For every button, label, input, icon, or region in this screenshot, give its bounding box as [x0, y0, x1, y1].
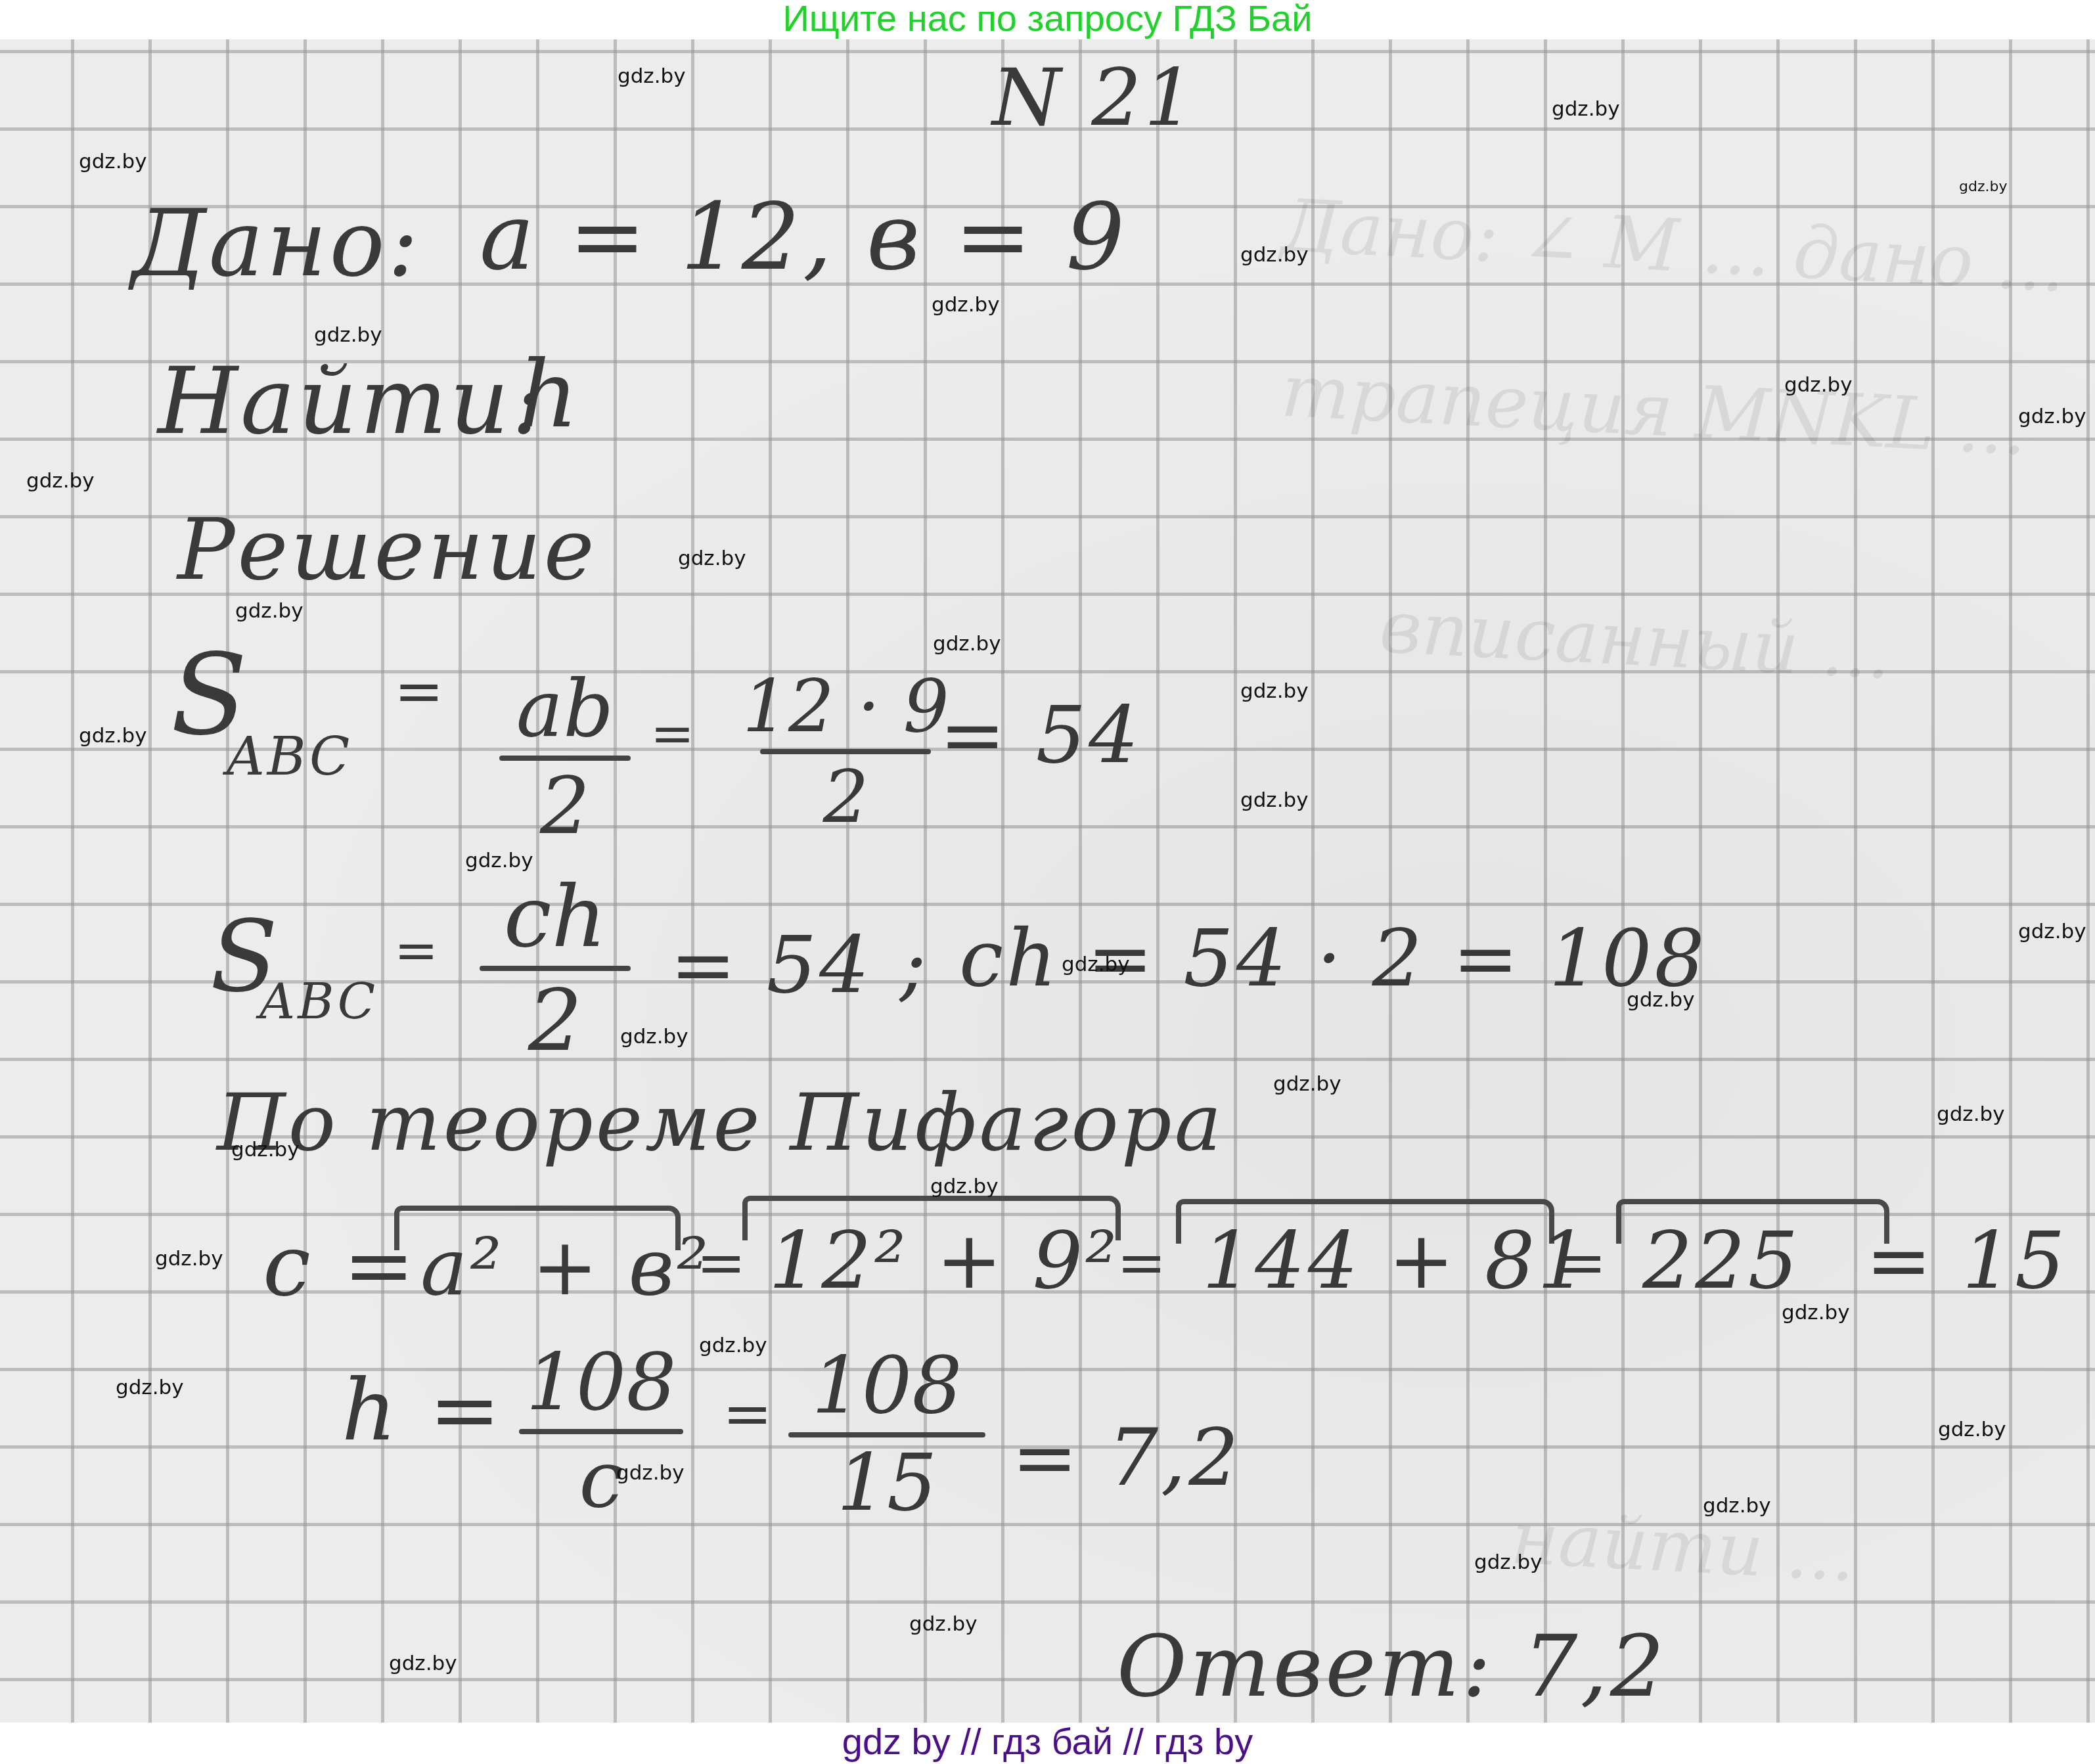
sqrt-radicand: a² + в²	[420, 1222, 711, 1313]
fraction-108-over-c: 108 c	[519, 1344, 683, 1520]
equals-sign: =	[723, 1380, 775, 1449]
sqrt-radicand: 12² + 9²	[769, 1215, 1119, 1307]
sqrt-radicand: 225	[1642, 1215, 1801, 1307]
watermark: gdz.by	[314, 323, 382, 347]
equals-sign: =	[1117, 1229, 1169, 1298]
watermark: gdz.by	[678, 547, 746, 570]
watermark: gdz.by	[1938, 1418, 2006, 1441]
pythagoras-lhs: c =	[263, 1215, 417, 1315]
watermark: gdz.by	[1937, 1102, 2005, 1126]
equals-sign: =	[394, 920, 441, 981]
fraction-bar	[760, 749, 931, 754]
watermark: gdz.by	[1474, 1550, 1543, 1574]
equals-sign: =	[696, 1229, 748, 1298]
height-result: = 7,2	[1012, 1413, 1242, 1504]
area-result: = 54	[939, 690, 1141, 781]
area-subscript: ABC	[227, 726, 352, 787]
watermark: gdz.by	[933, 632, 1001, 656]
equals-sign: =	[650, 703, 697, 764]
numerator: 108	[526, 1344, 676, 1422]
fraction-bar	[480, 966, 631, 971]
top-banner: Ищите нас по запросу ГДЗ Бай	[0, 0, 2095, 39]
fraction-ab-over-2: ab 2	[499, 670, 631, 846]
find-value: h	[519, 342, 581, 449]
watermark: gdz.by	[1062, 953, 1130, 976]
watermark: gdz.by	[699, 1334, 767, 1357]
watermark: gdz.by	[620, 1025, 688, 1049]
watermark: gdz.by	[1240, 243, 1309, 267]
watermark: gdz.by	[909, 1612, 978, 1636]
fraction-12x9-over-2: 12 · 9 2	[742, 670, 949, 833]
fraction-bar	[519, 1429, 683, 1434]
fraction-108-over-15: 108 15	[788, 1347, 985, 1523]
answer: Ответ: 7,2	[1117, 1616, 1667, 1716]
denominator: 2	[822, 761, 868, 833]
denominator: c	[579, 1441, 623, 1520]
watermark: gdz.by	[1782, 1301, 1850, 1324]
watermark: gdz.by	[389, 1652, 457, 1675]
watermark: gdz.by	[26, 469, 95, 493]
numerator: 12 · 9	[742, 670, 949, 742]
denominator: 2	[528, 978, 583, 1063]
numerator: ab	[516, 670, 614, 749]
equals-sign: =	[1557, 1229, 1609, 1298]
watermark: gdz.by	[155, 1247, 223, 1271]
bleed-through-text: найти ...	[1509, 1495, 1857, 1597]
given-values: a = 12, в = 9	[480, 184, 1127, 291]
watermark: gdz.by	[231, 1138, 300, 1162]
watermark: gdz.by	[930, 1175, 999, 1198]
given-label: Дано:	[131, 191, 421, 298]
watermark: gdz.by	[1784, 373, 1853, 397]
sqrt-radicand: 144 + 81	[1202, 1215, 1590, 1307]
watermark: gdz.by	[1273, 1072, 1341, 1096]
sqrt-sign	[1176, 1199, 1554, 1244]
fraction-bar	[788, 1432, 985, 1437]
area-subscript: ABC	[259, 972, 378, 1030]
watermark: gdz.by	[1959, 179, 2007, 195]
sqrt-sign	[742, 1196, 1121, 1240]
numerator: ch	[504, 874, 607, 959]
fraction-ch-over-2: ch 2	[480, 874, 631, 1063]
watermark: gdz.by	[79, 150, 147, 173]
sqrt-sign	[394, 1206, 681, 1250]
watermark: gdz.by	[465, 849, 533, 872]
bleed-through-text: вписанный ...	[1378, 585, 1893, 696]
sqrt-sign	[1616, 1199, 1889, 1244]
watermark: gdz.by	[116, 1376, 184, 1399]
area-symbol: S	[171, 631, 250, 761]
watermark: gdz.by	[235, 599, 304, 623]
watermark: gdz.by	[2018, 405, 2086, 428]
bleed-through-text: трапеция MNKL ...	[1279, 348, 2029, 471]
watermark: gdz.by	[1627, 988, 1695, 1012]
product-equation: ch = 54 · 2 = 108	[959, 913, 1707, 1005]
watermark: gdz.by	[1703, 1494, 1771, 1518]
notebook-page: Дано: ∠ M ... дано ... трапеция MNKL ...…	[0, 39, 2095, 1723]
theorem-text: По теореме Пифагора	[217, 1077, 1224, 1169]
area-result: = 54 ;	[670, 920, 929, 1011]
watermark: gdz.by	[2018, 920, 2086, 943]
area-symbol: S	[210, 900, 281, 1014]
watermark: gdz.by	[616, 1461, 685, 1485]
watermark: gdz.by	[1552, 97, 1620, 121]
fraction-bar	[499, 756, 631, 761]
watermark: gdz.by	[618, 64, 686, 88]
numerator: 108	[811, 1347, 962, 1426]
denominator: 15	[837, 1444, 937, 1523]
watermark: gdz.by	[79, 724, 147, 748]
find-label: Найти:	[158, 348, 545, 455]
watermark: gdz.by	[1240, 788, 1309, 812]
denominator: 2	[540, 767, 590, 846]
equals-sign: =	[394, 657, 446, 726]
bleed-through-text: Дано: ∠ M ... дано ...	[1279, 183, 2067, 308]
hypotenuse-result: = 15	[1866, 1215, 2067, 1307]
bottom-banner: gdz by // гдз бай // гдз by	[0, 1723, 2095, 1764]
watermark: gdz.by	[932, 293, 1000, 317]
watermark: gdz.by	[1240, 679, 1309, 703]
height-lhs: h =	[342, 1360, 503, 1460]
problem-number: N 21	[992, 53, 1197, 144]
solution-label: Решение	[177, 499, 597, 599]
